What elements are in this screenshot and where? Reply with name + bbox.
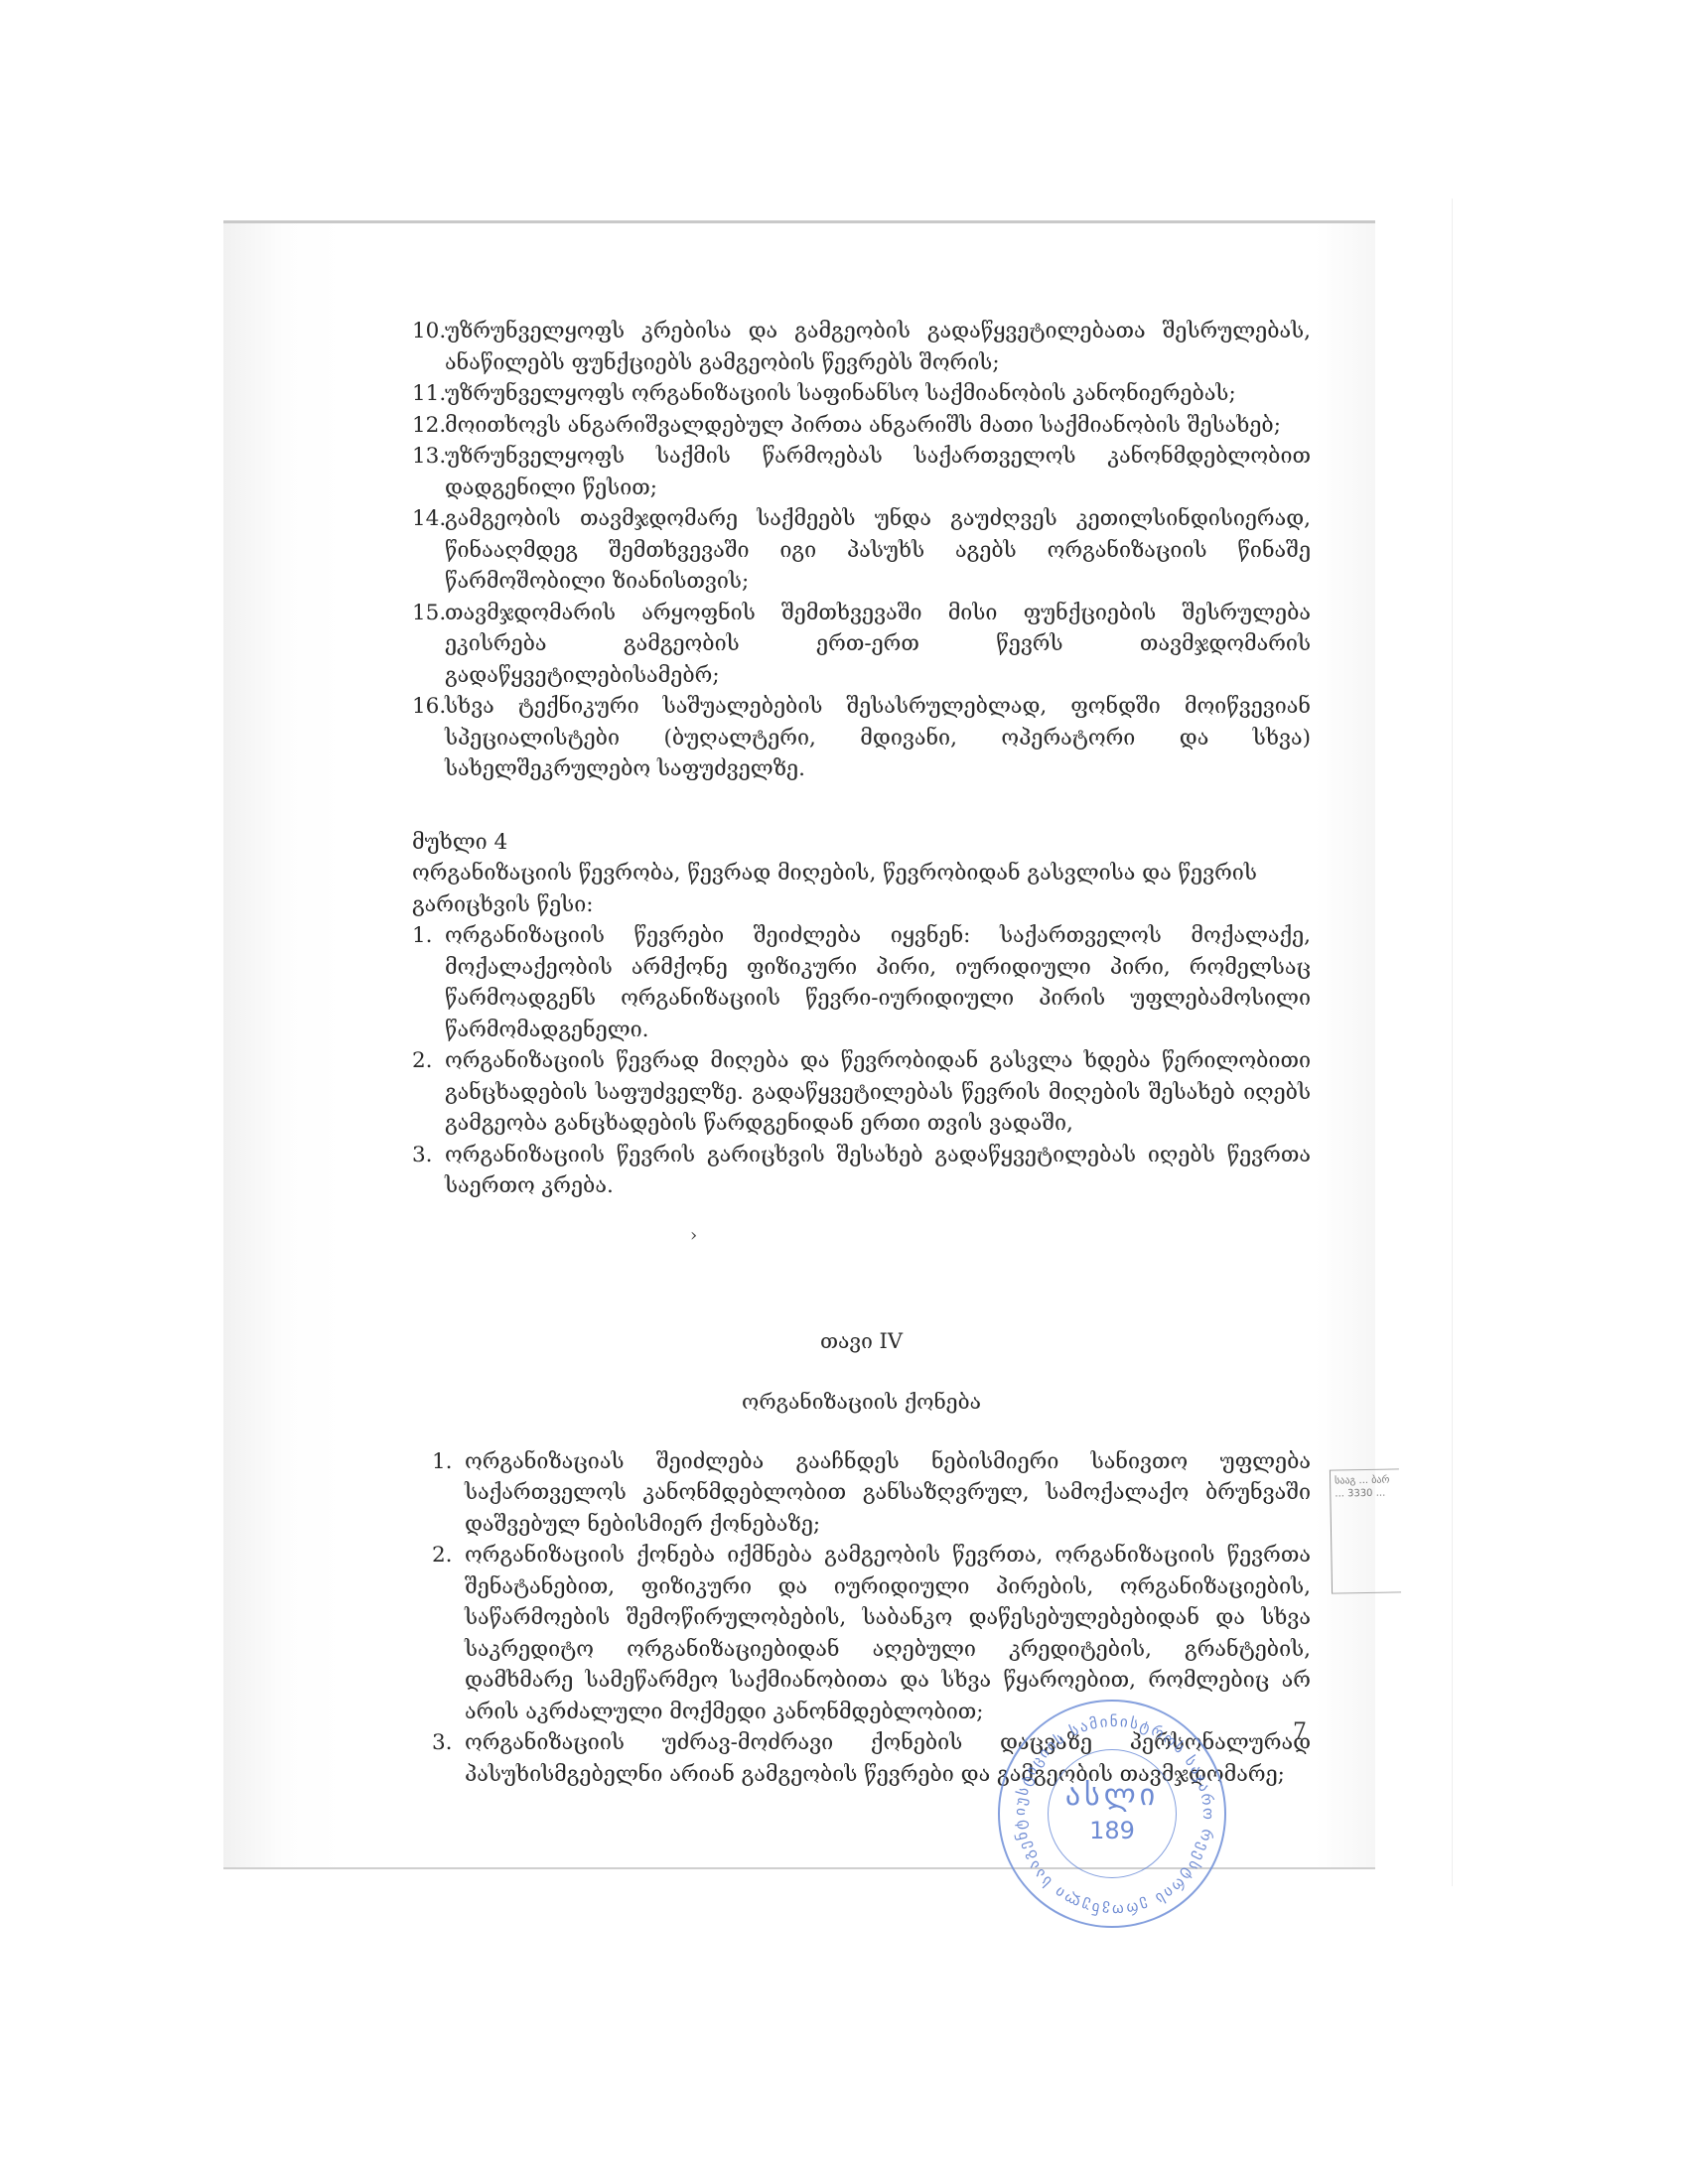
list-item: 2.ორგანიზაციის ქონება იქმნება გამგეობის …: [432, 1540, 1311, 1727]
list-item: 11.უზრუნველყოფს ორგანიზაციის საფინანსო ს…: [412, 378, 1311, 410]
stamp-word: ასლი: [1049, 1778, 1176, 1813]
article-heading: მუხლი 4 ორგანიზაციის წევრობა, წევრად მიღ…: [412, 827, 1311, 921]
list-item: 10.უზრუნველყოფს კრებისა და გამგეობის გად…: [412, 316, 1311, 378]
membership-list: 1.ორგანიზაციის წევრები შეიძლება იყვნენ: …: [412, 920, 1311, 1202]
scan-edge: [1452, 199, 1453, 1886]
chapter-title: ორგანიზაციის ქონება: [412, 1387, 1311, 1419]
list-item: 16.სხვა ტექნიკური საშუალებების შესასრულე…: [412, 691, 1311, 785]
page-number: 7: [1293, 1719, 1307, 1744]
article-title: ორგანიზაციის წევრობა, წევრად მიღების, წე…: [412, 858, 1311, 920]
list-item: 3.ორგანიზაციის წევრის გარიცხვის შესახებ …: [412, 1140, 1311, 1202]
list-item: 1.ორგანიზაციის წევრები შეიძლება იყვნენ: …: [412, 920, 1311, 1045]
list-item: 12.მოითხოვს ანგარიშვალდებულ პირთა ანგარი…: [412, 410, 1311, 442]
stray-mark: ›: [412, 1202, 1311, 1265]
stamp-number: 189: [1049, 1817, 1176, 1844]
side-stamp-fragment: სააგ ... ბარ ... 3330 ...: [1330, 1468, 1401, 1593]
page-body: 10.უზრუნველყოფს კრებისა და გამგეობის გად…: [412, 316, 1311, 1790]
chapter-label: თავი IV: [412, 1326, 1311, 1358]
list-item: 1.ორგანიზაციას შეიძლება გააჩნდეს ნებისმი…: [432, 1446, 1311, 1541]
official-stamp: იუსტიციის სამინისტროს საჯარო რეესტრის ერ…: [998, 1700, 1226, 1928]
article-label: მუხლი 4: [412, 827, 1311, 859]
duties-list: 10.უზრუნველყოფს კრებისა და გამგეობის გად…: [412, 316, 1311, 785]
list-item: 14.გამგეობის თავმჯდომარე საქმეებს უნდა გ…: [412, 503, 1311, 598]
list-item: 15.თავმჯდომარის არყოფნის შემთხვევაში მის…: [412, 598, 1311, 692]
stamp-center: ასლი 189: [1048, 1749, 1177, 1878]
list-item: 2.ორგანიზაციის წევრად მიღება და წევრობიდ…: [412, 1045, 1311, 1140]
list-item: 13.უზრუნველყოფს საქმის წარმოებას საქართვ…: [412, 441, 1311, 503]
